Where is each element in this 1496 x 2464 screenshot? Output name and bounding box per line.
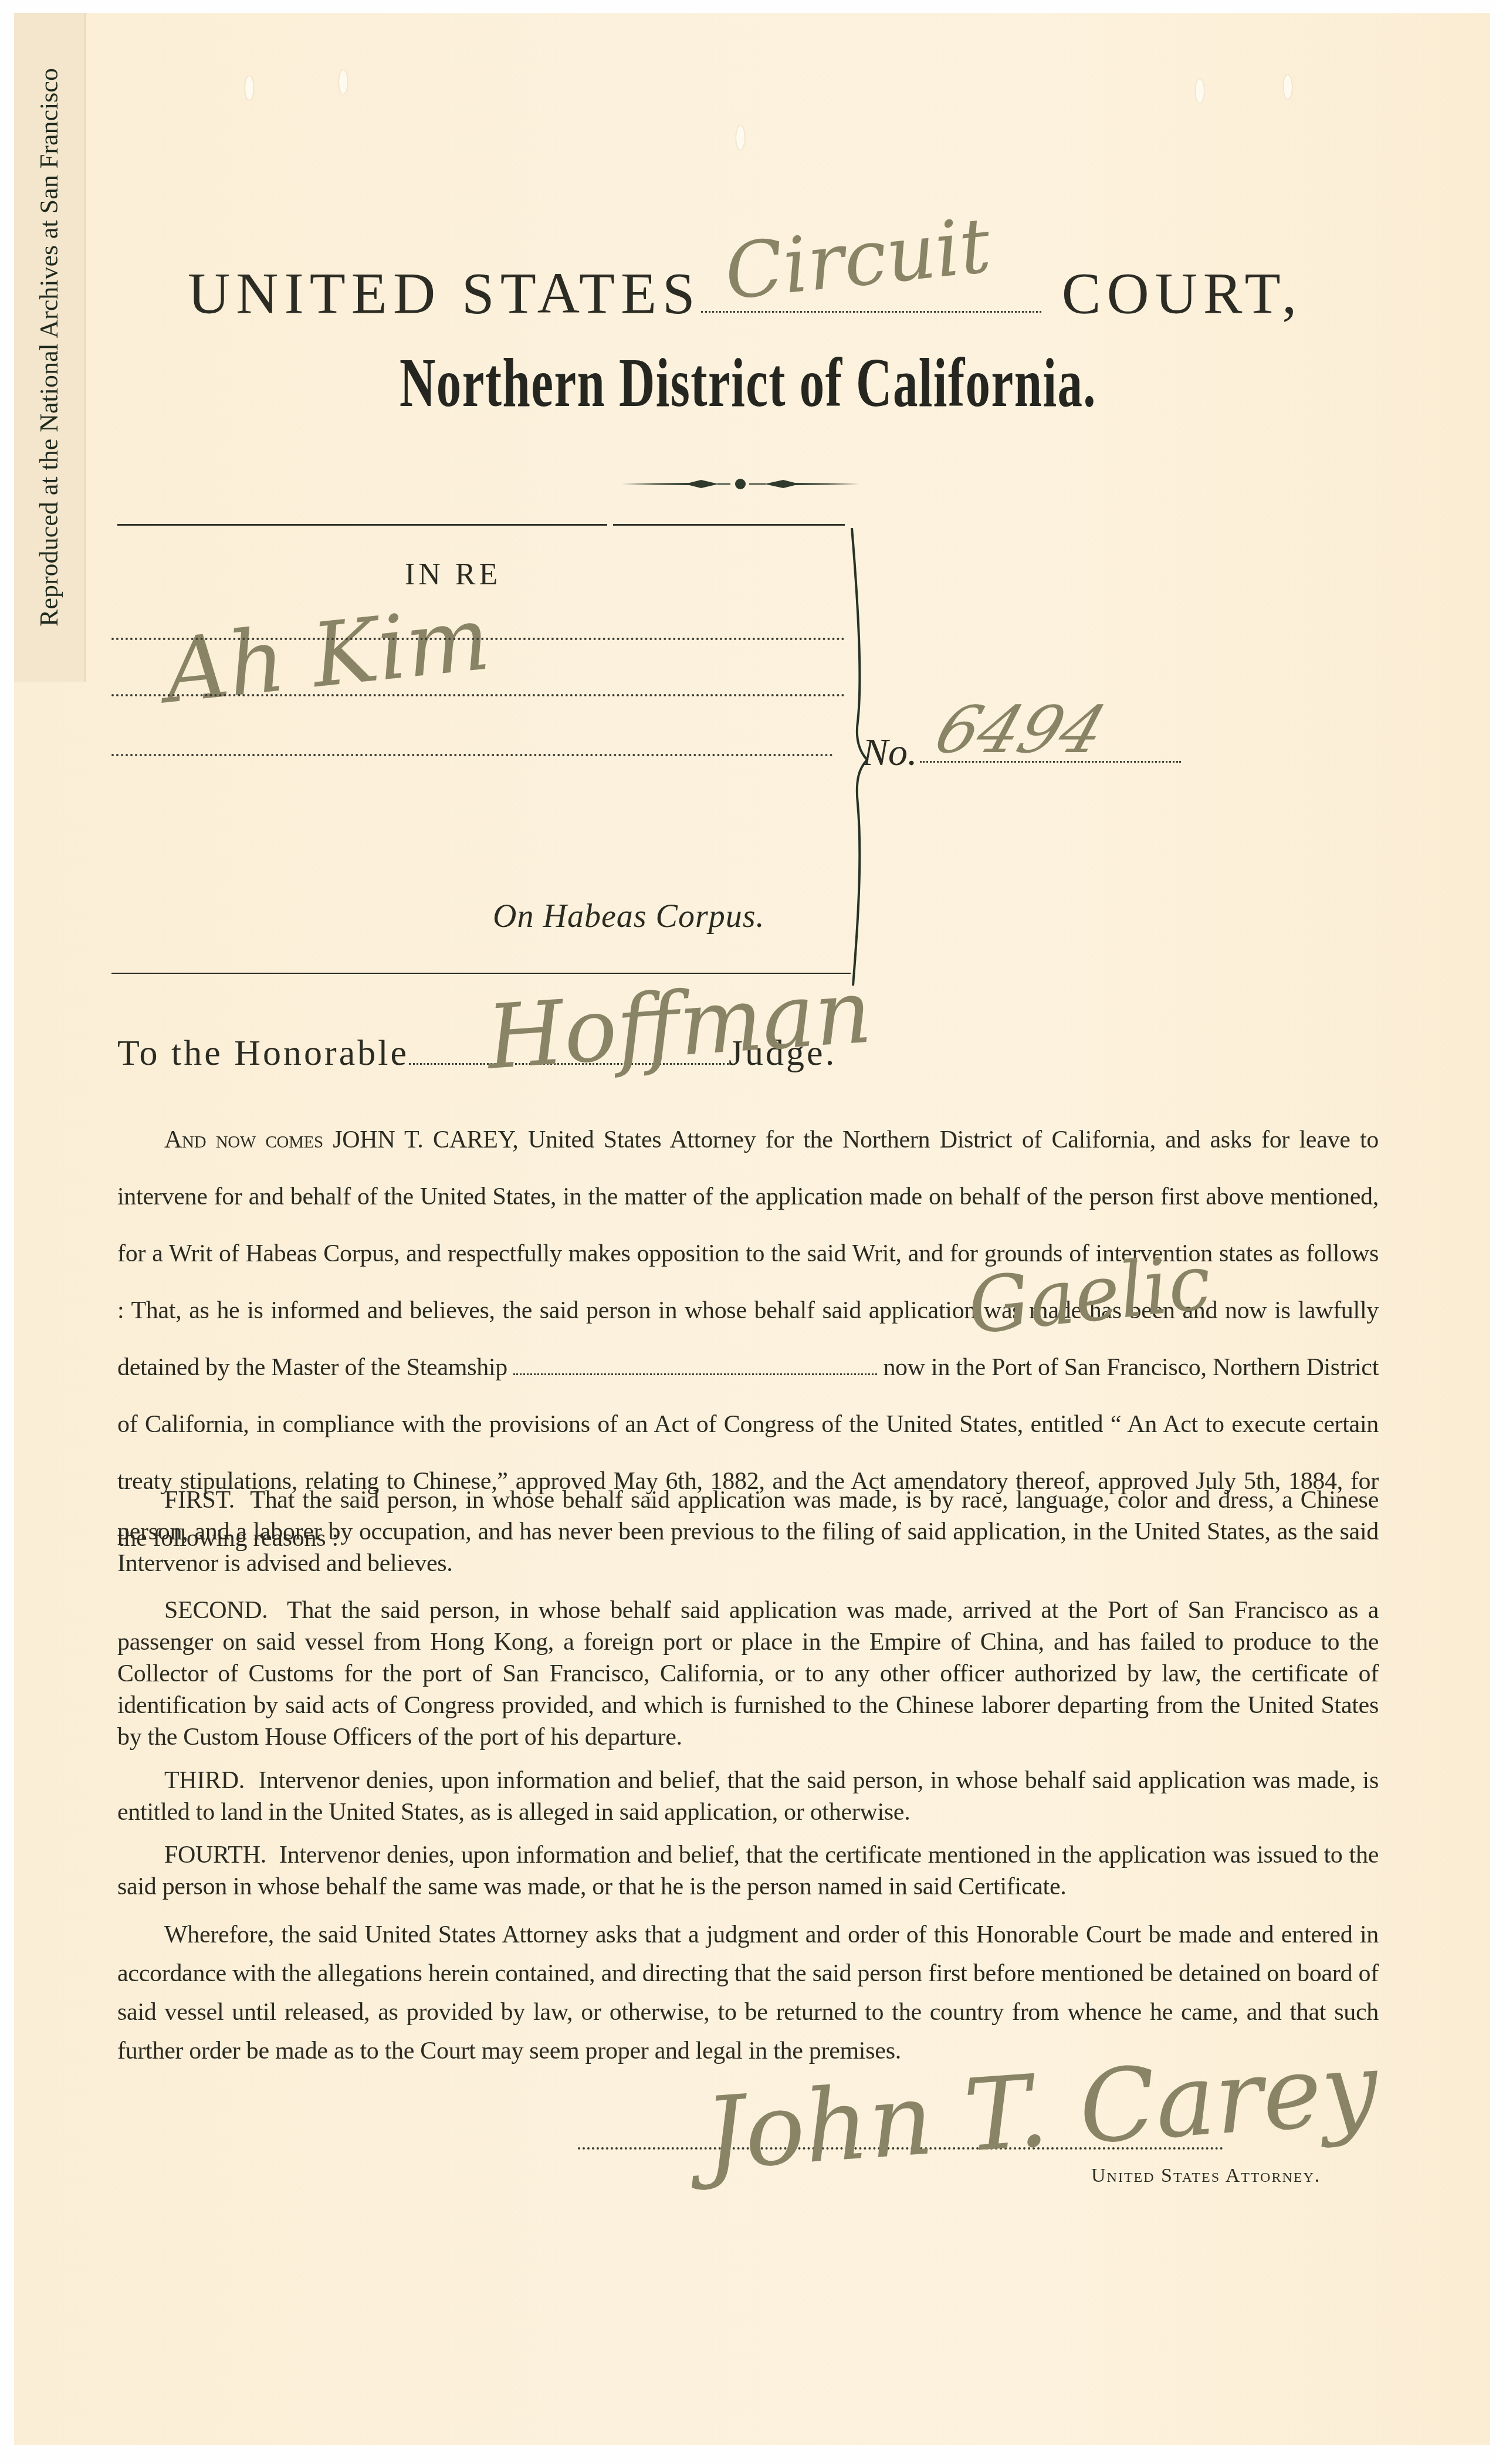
reason-third: THIRD. Intervenor denies, upon informati… (117, 1765, 1379, 1828)
caption-top-rule (117, 524, 607, 526)
punch-hole (245, 76, 253, 100)
steamship-field (513, 1356, 877, 1375)
case-number-label: No. (862, 730, 918, 775)
proceeding-label: On Habeas Corpus. (493, 898, 764, 935)
reason-label: FIRST. (164, 1487, 235, 1514)
punch-hole (1196, 79, 1204, 103)
punch-hole (1284, 75, 1292, 99)
district-title: Northern District of California. (336, 343, 1160, 423)
in-re-label: IN RE (405, 557, 501, 592)
caption-line (111, 638, 845, 640)
ornamental-divider (619, 472, 877, 496)
reason-text: Intervenor denies, upon information and … (117, 1842, 1379, 1900)
case-number-handwritten: 6494 (926, 692, 1115, 767)
reason-second: SECOND. That the said person, in whose b… (117, 1595, 1379, 1753)
intro-smallcaps: And now comes (164, 1126, 323, 1153)
caption-line (111, 754, 833, 756)
reason-first: FIRST. That the said person, in whose be… (117, 1484, 1379, 1579)
address-prefix: To the Honorable (117, 1033, 409, 1073)
court-title-suffix: COURT, (1062, 260, 1303, 326)
court-title-prefix: UNITED STATES (188, 260, 701, 326)
reason-text: That the said person, in whose behalf sa… (117, 1487, 1379, 1577)
court-title: UNITED STATESCircuit COURT, (188, 258, 1332, 327)
archive-stamp-strip: Reproduced at the National Archives at S… (14, 13, 86, 682)
signature-title: United States Attorney. (1091, 2165, 1321, 2187)
caption-line (111, 694, 845, 696)
reason-label: THIRD. (164, 1767, 245, 1794)
reason-label: FOURTH. (164, 1842, 266, 1869)
reason-text: Intervenor denies, upon information and … (117, 1767, 1379, 1826)
reason-fourth: FOURTH. Intervenor denies, upon informat… (117, 1839, 1379, 1903)
court-type-field: Circuit (701, 258, 1041, 313)
archive-stamp: Reproduced at the National Archives at S… (32, 42, 67, 652)
punch-hole (736, 126, 744, 150)
reason-text: That the said person, in whose behalf sa… (117, 1597, 1379, 1751)
caption-top-rule (613, 524, 845, 526)
punch-hole (339, 70, 347, 94)
reason-label: SECOND. (164, 1597, 268, 1624)
